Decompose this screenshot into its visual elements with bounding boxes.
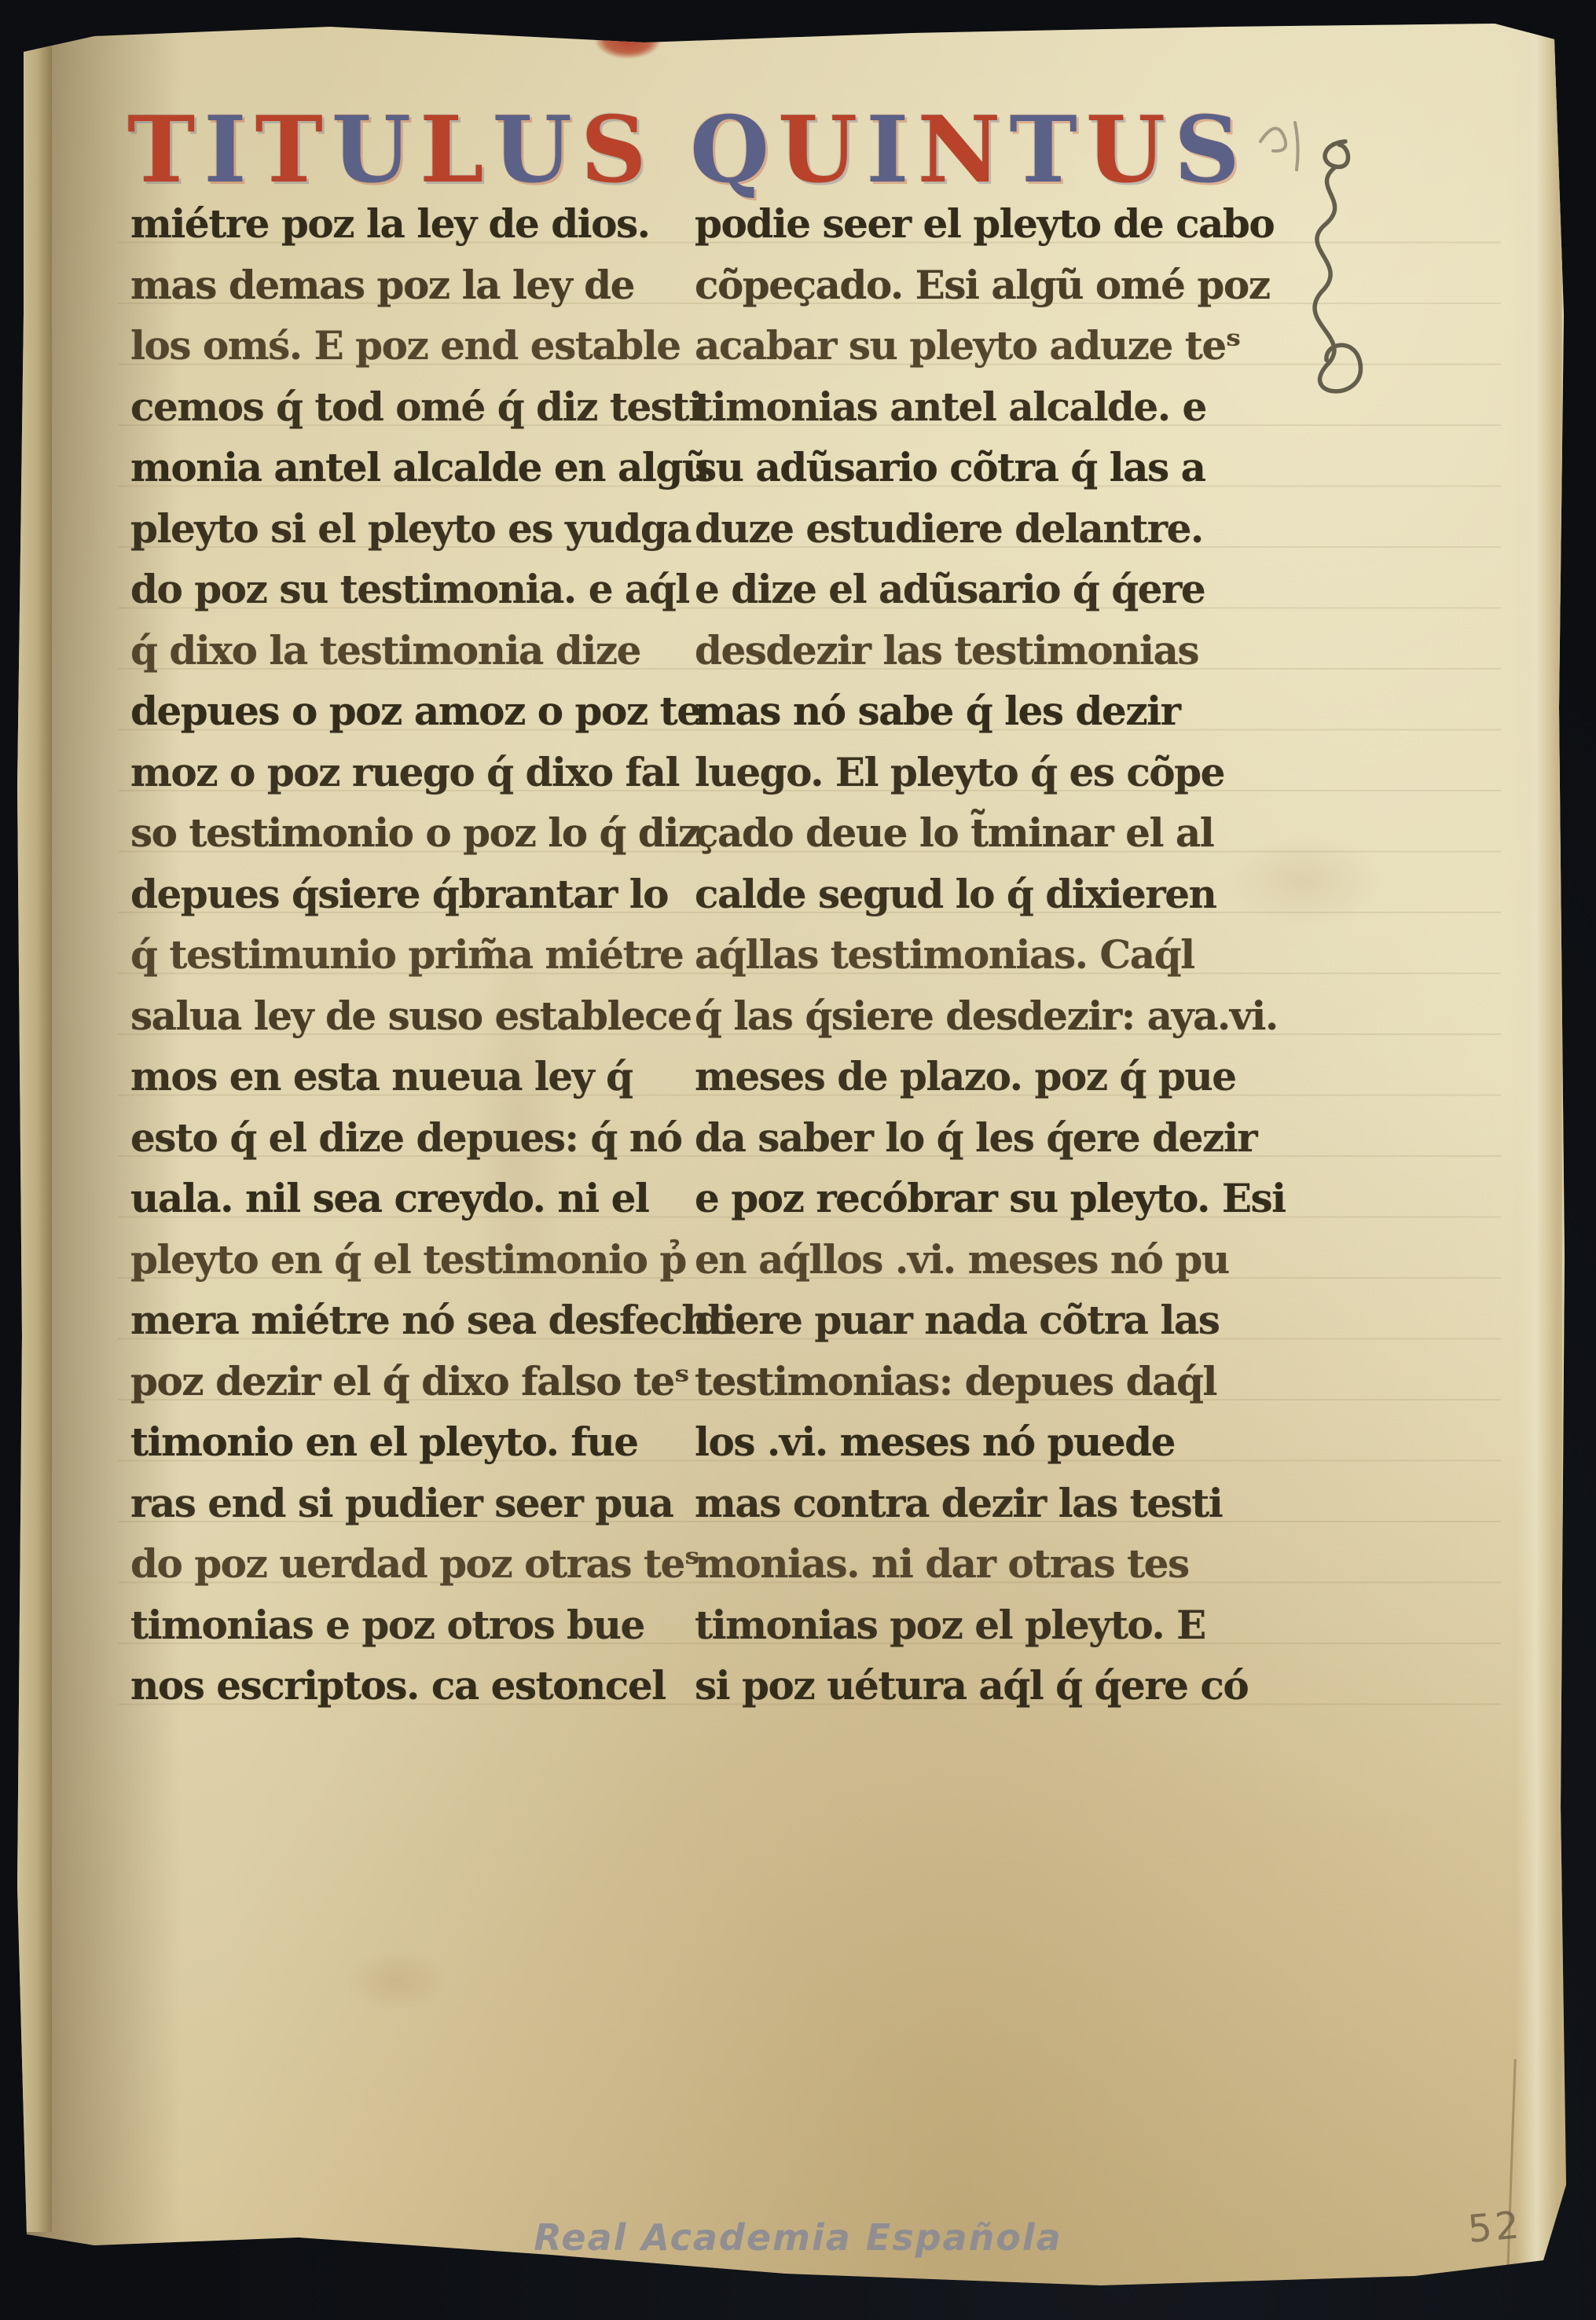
header-word-titulus: TITULUS — [127, 91, 655, 209]
text-line: timonias poz el pleyto. E — [695, 1595, 1268, 1656]
text-column-left: miétre poz la ley de dios.mas demas poz … — [130, 193, 688, 1716]
header-letter: I — [204, 97, 248, 204]
text-line: depues q́siere q́brantar lo — [130, 864, 688, 925]
gutter-page-edge — [16, 39, 52, 2232]
text-line: en aq́llos .vi. meses nó pu — [695, 1229, 1268, 1290]
header-letter: T — [255, 97, 325, 204]
text-line: poz dezir el q́ dixo falso teˢ — [130, 1351, 688, 1412]
text-line: q́ dixo la testimonia dize — [130, 620, 688, 681]
text-line: podie seer el pleyto de cabo — [695, 193, 1268, 255]
text-line: si poz uétura aq́l q́ q́ere có — [695, 1655, 1268, 1716]
text-line: su adũsario cõtra q́ las a — [695, 437, 1268, 498]
text-line: meses de plazo. poz q́ pue — [695, 1046, 1268, 1107]
text-line: mos en esta nueua ley q́ — [130, 1046, 688, 1107]
text-line: pleyto si el pleyto es yudga — [130, 498, 688, 560]
header-letter: L — [420, 97, 486, 204]
text-line: q́ las q́siere desdezir: aya.vi. — [695, 986, 1268, 1047]
text-column-right: podie seer el pleyto de cabocõpeçado. Es… — [695, 193, 1268, 1716]
text-line: mas contra dezir las testi — [695, 1473, 1268, 1534]
text-line: cemos q́ tod omé q́ diz testi — [130, 376, 688, 438]
header-letter: U — [493, 97, 574, 204]
text-line: depues o poz amoz o poz te — [130, 681, 688, 742]
text-line: monia antel alcalde en algũ — [130, 437, 688, 498]
text-line: do poz su testimonia. e aq́l — [130, 559, 688, 620]
text-line: duze estudiere delantre. — [695, 498, 1268, 560]
header-word-quintus: QUINTUS — [690, 91, 1249, 209]
manuscript-scan: TITULUS QUINTUS miétre poz la ley de dio… — [0, 0, 1596, 2320]
text-line: uala. nil sea creydo. ni el — [130, 1168, 688, 1229]
text-line: moz o poz ruego q́ dixo fal — [130, 742, 688, 803]
header-letter: U — [1086, 97, 1167, 204]
text-line: los .vi. meses nó puede — [695, 1411, 1268, 1473]
text-line: acabar su pleyto aduze teˢ — [695, 315, 1268, 376]
header-letter: S — [581, 97, 648, 204]
text-line: ras end si pudier seer pua — [130, 1473, 688, 1534]
header-letter: S — [1174, 97, 1242, 204]
text-line: çado deue lo t̃minar el al — [695, 802, 1268, 864]
parchment-stain — [346, 1949, 448, 2012]
header-letter: T — [127, 97, 196, 204]
text-line: nos escriptos. ca estoncel — [130, 1655, 688, 1716]
text-line: da saber lo q́ les q́ere dezir — [695, 1107, 1268, 1169]
text-line: monias. ni dar otras tes — [695, 1533, 1268, 1595]
text-line: miétre poz la ley de dios. — [130, 193, 688, 255]
text-line: so testimonio o poz lo q́ diz — [130, 802, 688, 864]
red-ink-stain — [596, 22, 660, 58]
text-line: do poz uerdad poz otras teˢ — [130, 1533, 688, 1595]
text-line: cõpeçado. Esi algũ omé poz — [695, 255, 1268, 316]
text-line: luego. El pleyto q́ es cõpe — [695, 742, 1268, 803]
text-line: q́ testimunio prim̃a miétre — [130, 924, 688, 986]
text-line: timonias e poz otros bue — [130, 1595, 688, 1656]
text-line: aq́llas testimonias. Caq́l — [695, 924, 1268, 986]
text-line: e poz recóbrar su pleyto. Esi — [695, 1168, 1268, 1229]
header-letter: T — [1010, 97, 1079, 204]
text-line: timonio en el pleyto. fue — [130, 1411, 688, 1473]
text-line: calde segud lo q́ dixieren — [695, 864, 1268, 925]
text-line: e dize el adũsario q́ q́ere — [695, 559, 1268, 620]
header-letter: U — [778, 97, 859, 204]
ink-flourish — [1278, 132, 1411, 407]
text-line: mas demas poz la ley de — [130, 255, 688, 316]
folio-number: 52 — [1466, 2203, 1524, 2252]
text-line: timonias antel alcalde. e — [695, 376, 1268, 438]
header-letter: N — [917, 97, 1002, 204]
header-letter: U — [332, 97, 413, 204]
text-line: desdezir las testimonias — [695, 620, 1268, 681]
text-line: pleyto en q́ el testimonio p̉ — [130, 1229, 688, 1290]
header-letter: Q — [690, 97, 771, 204]
text-line: los omś. E poz end estable — [130, 315, 688, 376]
text-line: testimonias: depues daq́l — [695, 1351, 1268, 1412]
header-letter: I — [866, 97, 910, 204]
text-line: mas nó sabe q́ les dezir — [695, 681, 1268, 742]
right-page-edge — [1515, 28, 1562, 2267]
text-line: esto q́ el dize depues: q́ nó — [130, 1107, 688, 1169]
parchment-page: TITULUS QUINTUS miétre poz la ley de dio… — [0, 0, 1596, 2320]
text-line: salua ley de suso establece — [130, 986, 688, 1047]
text-line: diere puar nada cõtra las — [695, 1290, 1268, 1351]
text-line: mera miétre nó sea desfecho — [130, 1290, 688, 1351]
watermark-text: Real Academia Española — [0, 2216, 1596, 2259]
